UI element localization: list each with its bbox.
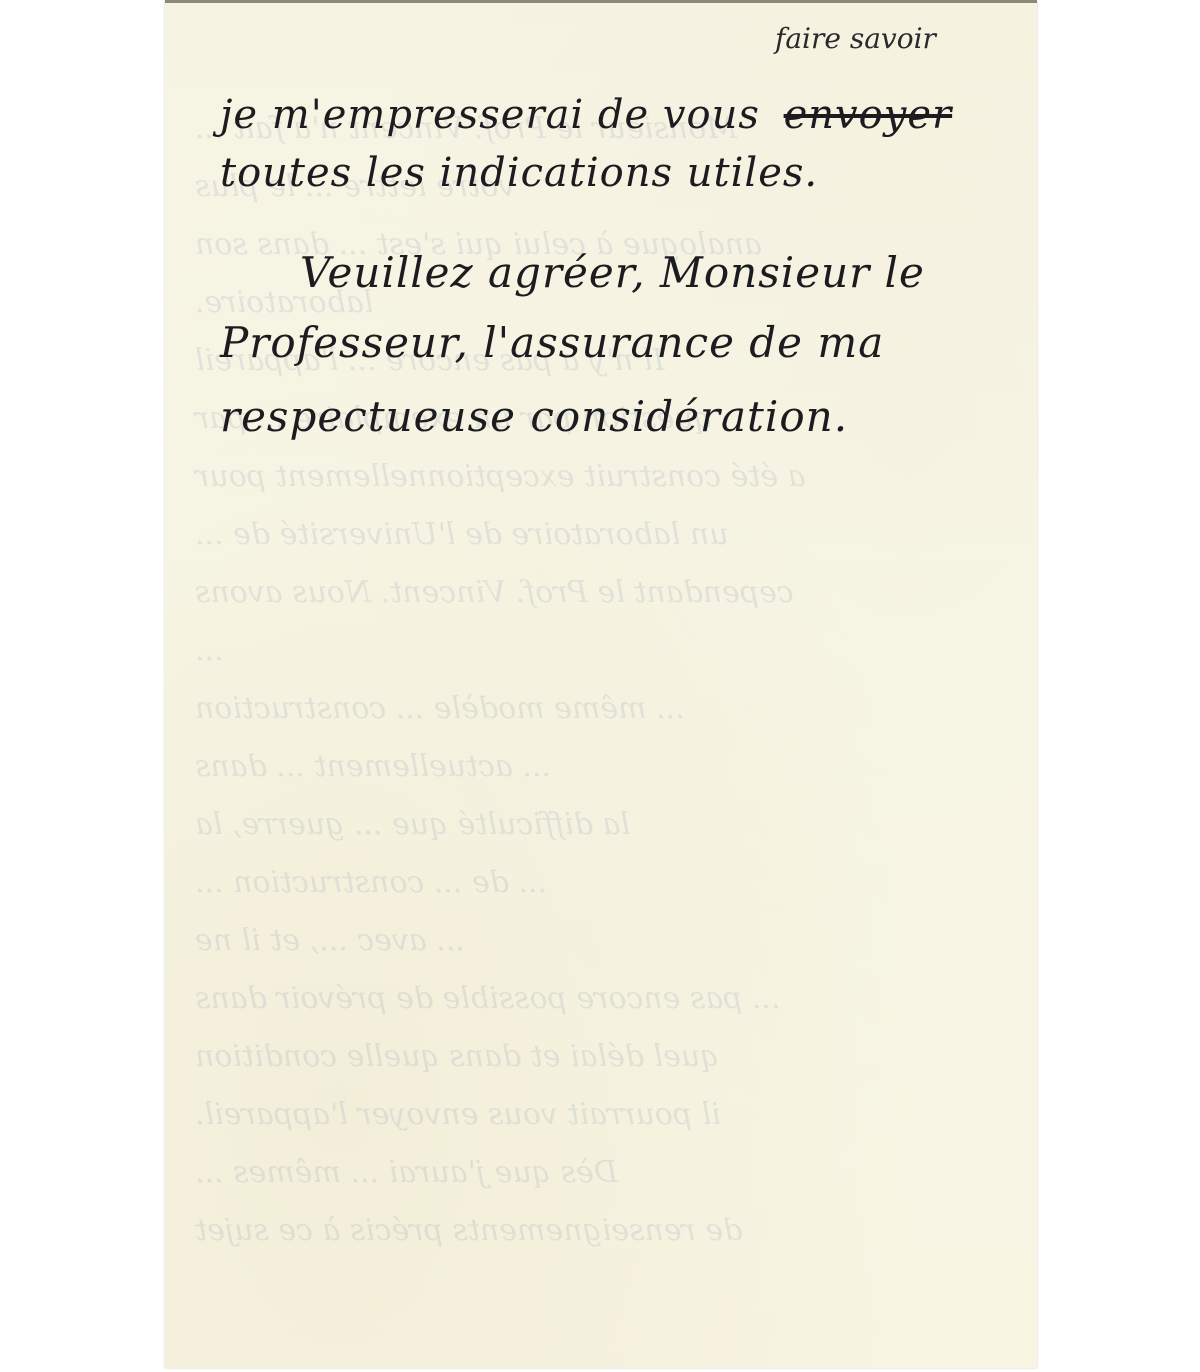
handwritten-line-2: toutes les indications utiles. <box>220 150 818 196</box>
closing-line-3: respectueuse considération. <box>220 392 848 441</box>
inserted-correction: faire savoir <box>775 22 936 55</box>
letter-page <box>165 0 1037 1368</box>
struck-word: envoyer <box>784 92 953 138</box>
closing-line-1: Veuillez agréer, Monsieur le <box>300 248 925 297</box>
closing-line-2: Professeur, l'assurance de ma <box>220 318 884 367</box>
handwritten-line-1: je m'empresserai de vous envoyer <box>220 92 952 138</box>
line-text: je m'empresserai de vous <box>220 92 760 138</box>
